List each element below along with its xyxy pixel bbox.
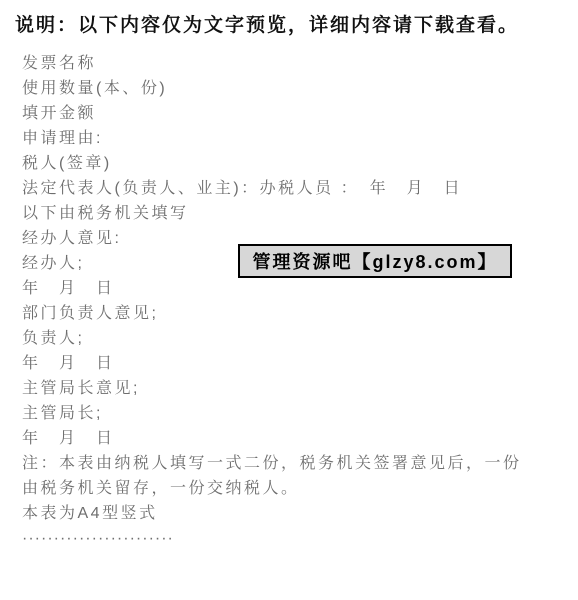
doc-line-apply-reason: 申请理由: [22,126,562,151]
doc-line-director: 主管局长; [22,401,562,426]
doc-line-amount: 填开金额 [22,101,562,126]
doc-line-quantity: 使用数量(本、份) [22,76,562,101]
doc-line-date: 年 月 日 [22,351,562,376]
doc-line-note-2: 由税务机关留存，一份交纳税人。 [22,476,562,501]
preview-notice: 说明：以下内容仅为文字预览，详细内容请下载查看。 [15,12,519,40]
doc-line-paper-size: 本表为A4型竖式 [22,501,562,526]
doc-line-tax-authority-section: 以下由税务机关填写 [22,201,562,226]
doc-line-invoice-name: 发票名称 [22,51,562,76]
doc-line-note-1: 注：本表由纳税人填写一式二份，税务机关签署意见后，一份 [22,451,562,476]
doc-line-dept-head: 负责人; [22,326,562,351]
doc-line-legal-representative: 法定代表人(负责人、业主)：办税人员 ： 年 月 日 [22,176,562,201]
doc-line-dept-head-opinion: 部门负责人意见; [22,301,562,326]
doc-line-director-opinion: 主管局长意见; [22,376,562,401]
doc-line-taxpayer-seal: 税人(签章) [22,151,562,176]
watermark-label: 管理资源吧【glzy8.com】 [252,248,497,274]
dots-divider: ························ [22,526,562,551]
watermark-badge: 管理资源吧【glzy8.com】 [238,244,512,278]
document-preview-text: 发票名称 使用数量(本、份) 填开金额 申请理由: 税人(签章) 法定代表人(负… [22,51,562,551]
doc-line-date: 年 月 日 [22,276,562,301]
doc-line-date: 年 月 日 [22,426,562,451]
